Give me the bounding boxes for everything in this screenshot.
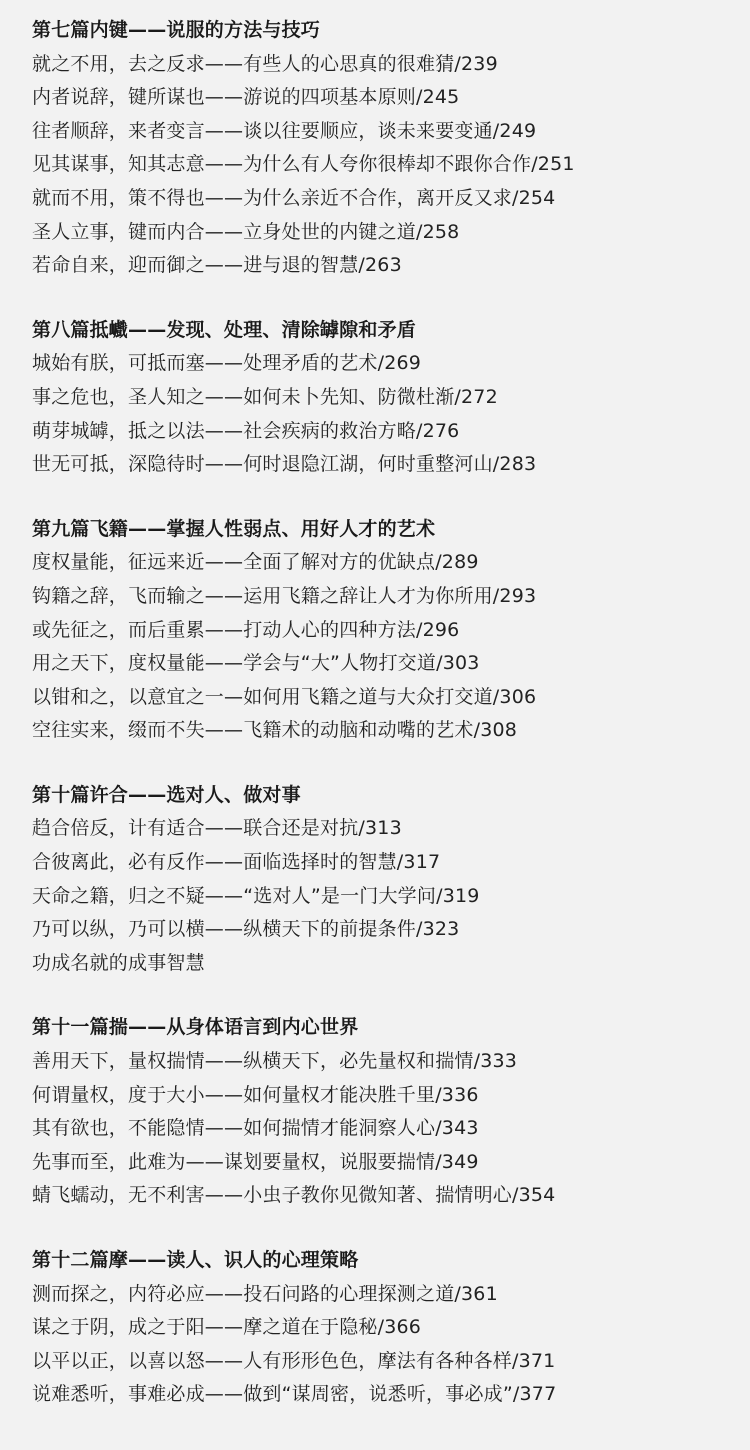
toc-entry: 其有欲也，不能隐情——如何揣情才能洞察人心/343: [32, 1112, 732, 1146]
section-heading: 第十二篇摩——读人、识人的心理策略: [32, 1244, 732, 1278]
toc-entry: 说难悉听，事难必成——做到“谋周密，说悉听，事必成”/377: [32, 1378, 732, 1412]
toc-entry: 事之危也，圣人知之——如何未卜先知、防微杜渐/272: [32, 381, 732, 415]
toc-entry: 就而不用，策不得也——为什么亲近不合作，离开反又求/254: [32, 182, 732, 216]
section-heading: 第八篇抵巇——发现、处理、清除罅隙和矛盾: [32, 314, 732, 348]
toc-entry: 蜻飞蠕动，无不利害——小虫子教你见微知著、揣情明心/354: [32, 1179, 732, 1213]
section-heading: 第十篇许合——选对人、做对事: [32, 779, 732, 813]
toc-entry: 先事而至，此难为——谋划要量权，说服要揣情/349: [32, 1146, 732, 1180]
toc-entry: 空往实来，缀而不失——飞籍术的动脑和动嘴的艺术/308: [32, 714, 732, 748]
toc-section-7: 第七篇内键——说服的方法与技巧 就之不用，去之反求——有些人的心思真的很难猜/2…: [32, 14, 732, 283]
toc-entry: 钩籍之辞，飞而输之——运用飞籍之辞让人才为你所用/293: [32, 580, 732, 614]
toc-entry: 谋之于阴，成之于阳——摩之道在于隐秘/366: [32, 1311, 732, 1345]
toc-entry: 见其谋事，知其志意——为什么有人夸你很棒却不跟你合作/251: [32, 148, 732, 182]
toc-entry: 用之天下，度权量能——学会与“大”人物打交道/303: [32, 647, 732, 681]
toc-entry: 功成名就的成事智慧: [32, 947, 732, 981]
toc-entry: 圣人立事，键而内合——立身处世的内键之道/258: [32, 216, 732, 250]
section-heading: 第九篇飞籍——掌握人性弱点、用好人才的艺术: [32, 513, 732, 547]
toc-entry: 天命之籍，归之不疑——“选对人”是一门大学问/319: [32, 880, 732, 914]
toc-entry: 若命自来，迎而御之——进与退的智慧/263: [32, 249, 732, 283]
toc-entry: 就之不用，去之反求——有些人的心思真的很难猜/239: [32, 48, 732, 82]
toc-entry: 城始有朕，可抵而塞——处理矛盾的艺术/269: [32, 347, 732, 381]
toc-entry: 善用天下，量权揣情——纵横天下，必先量权和揣情/333: [32, 1045, 732, 1079]
toc-section-8: 第八篇抵巇——发现、处理、清除罅隙和矛盾 城始有朕，可抵而塞——处理矛盾的艺术/…: [32, 314, 732, 482]
toc-entry: 以平以正，以喜以怒——人有形形色色，摩法有各种各样/371: [32, 1345, 732, 1379]
toc-entry: 萌芽城罅，抵之以法——社会疾病的救治方略/276: [32, 415, 732, 449]
toc-entry: 何谓量权，度于大小——如何量权才能决胜千里/336: [32, 1079, 732, 1113]
table-of-contents: 第七篇内键——说服的方法与技巧 就之不用，去之反求——有些人的心思真的很难猜/2…: [32, 14, 732, 1443]
toc-section-12: 第十二篇摩——读人、识人的心理策略 测而探之，内符必应——投石问路的心理探测之道…: [32, 1244, 732, 1412]
toc-entry: 测而探之，内符必应——投石问路的心理探测之道/361: [32, 1278, 732, 1312]
toc-section-11: 第十一篇揣——从身体语言到内心世界 善用天下，量权揣情——纵横天下，必先量权和揣…: [32, 1011, 732, 1213]
toc-entry: 世无可抵，深隐待时——何时退隐江湖，何时重整河山/283: [32, 448, 732, 482]
section-heading: 第十一篇揣——从身体语言到内心世界: [32, 1011, 732, 1045]
section-heading: 第七篇内键——说服的方法与技巧: [32, 14, 732, 48]
toc-entry: 乃可以纵，乃可以横——纵横天下的前提条件/323: [32, 913, 732, 947]
toc-entry: 以钳和之，以意宜之一—如何用飞籍之道与大众打交道/306: [32, 681, 732, 715]
toc-entry: 或先征之，而后重累——打动人心的四种方法/296: [32, 614, 732, 648]
toc-entry: 度权量能，征远来近——全面了解对方的优缺点/289: [32, 546, 732, 580]
toc-entry: 内者说辞，键所谋也——游说的四项基本原则/245: [32, 81, 732, 115]
toc-section-10: 第十篇许合——选对人、做对事 趋合倍反，计有适合——联合还是对抗/313 合彼离…: [32, 779, 732, 981]
toc-entry: 合彼离此，必有反作——面临选择时的智慧/317: [32, 846, 732, 880]
toc-section-9: 第九篇飞籍——掌握人性弱点、用好人才的艺术 度权量能，征远来近——全面了解对方的…: [32, 513, 732, 748]
toc-entry: 往者顺辞，来者变言——谈以往要顺应，谈未来要变通/249: [32, 115, 732, 149]
toc-entry: 趋合倍反，计有适合——联合还是对抗/313: [32, 812, 732, 846]
